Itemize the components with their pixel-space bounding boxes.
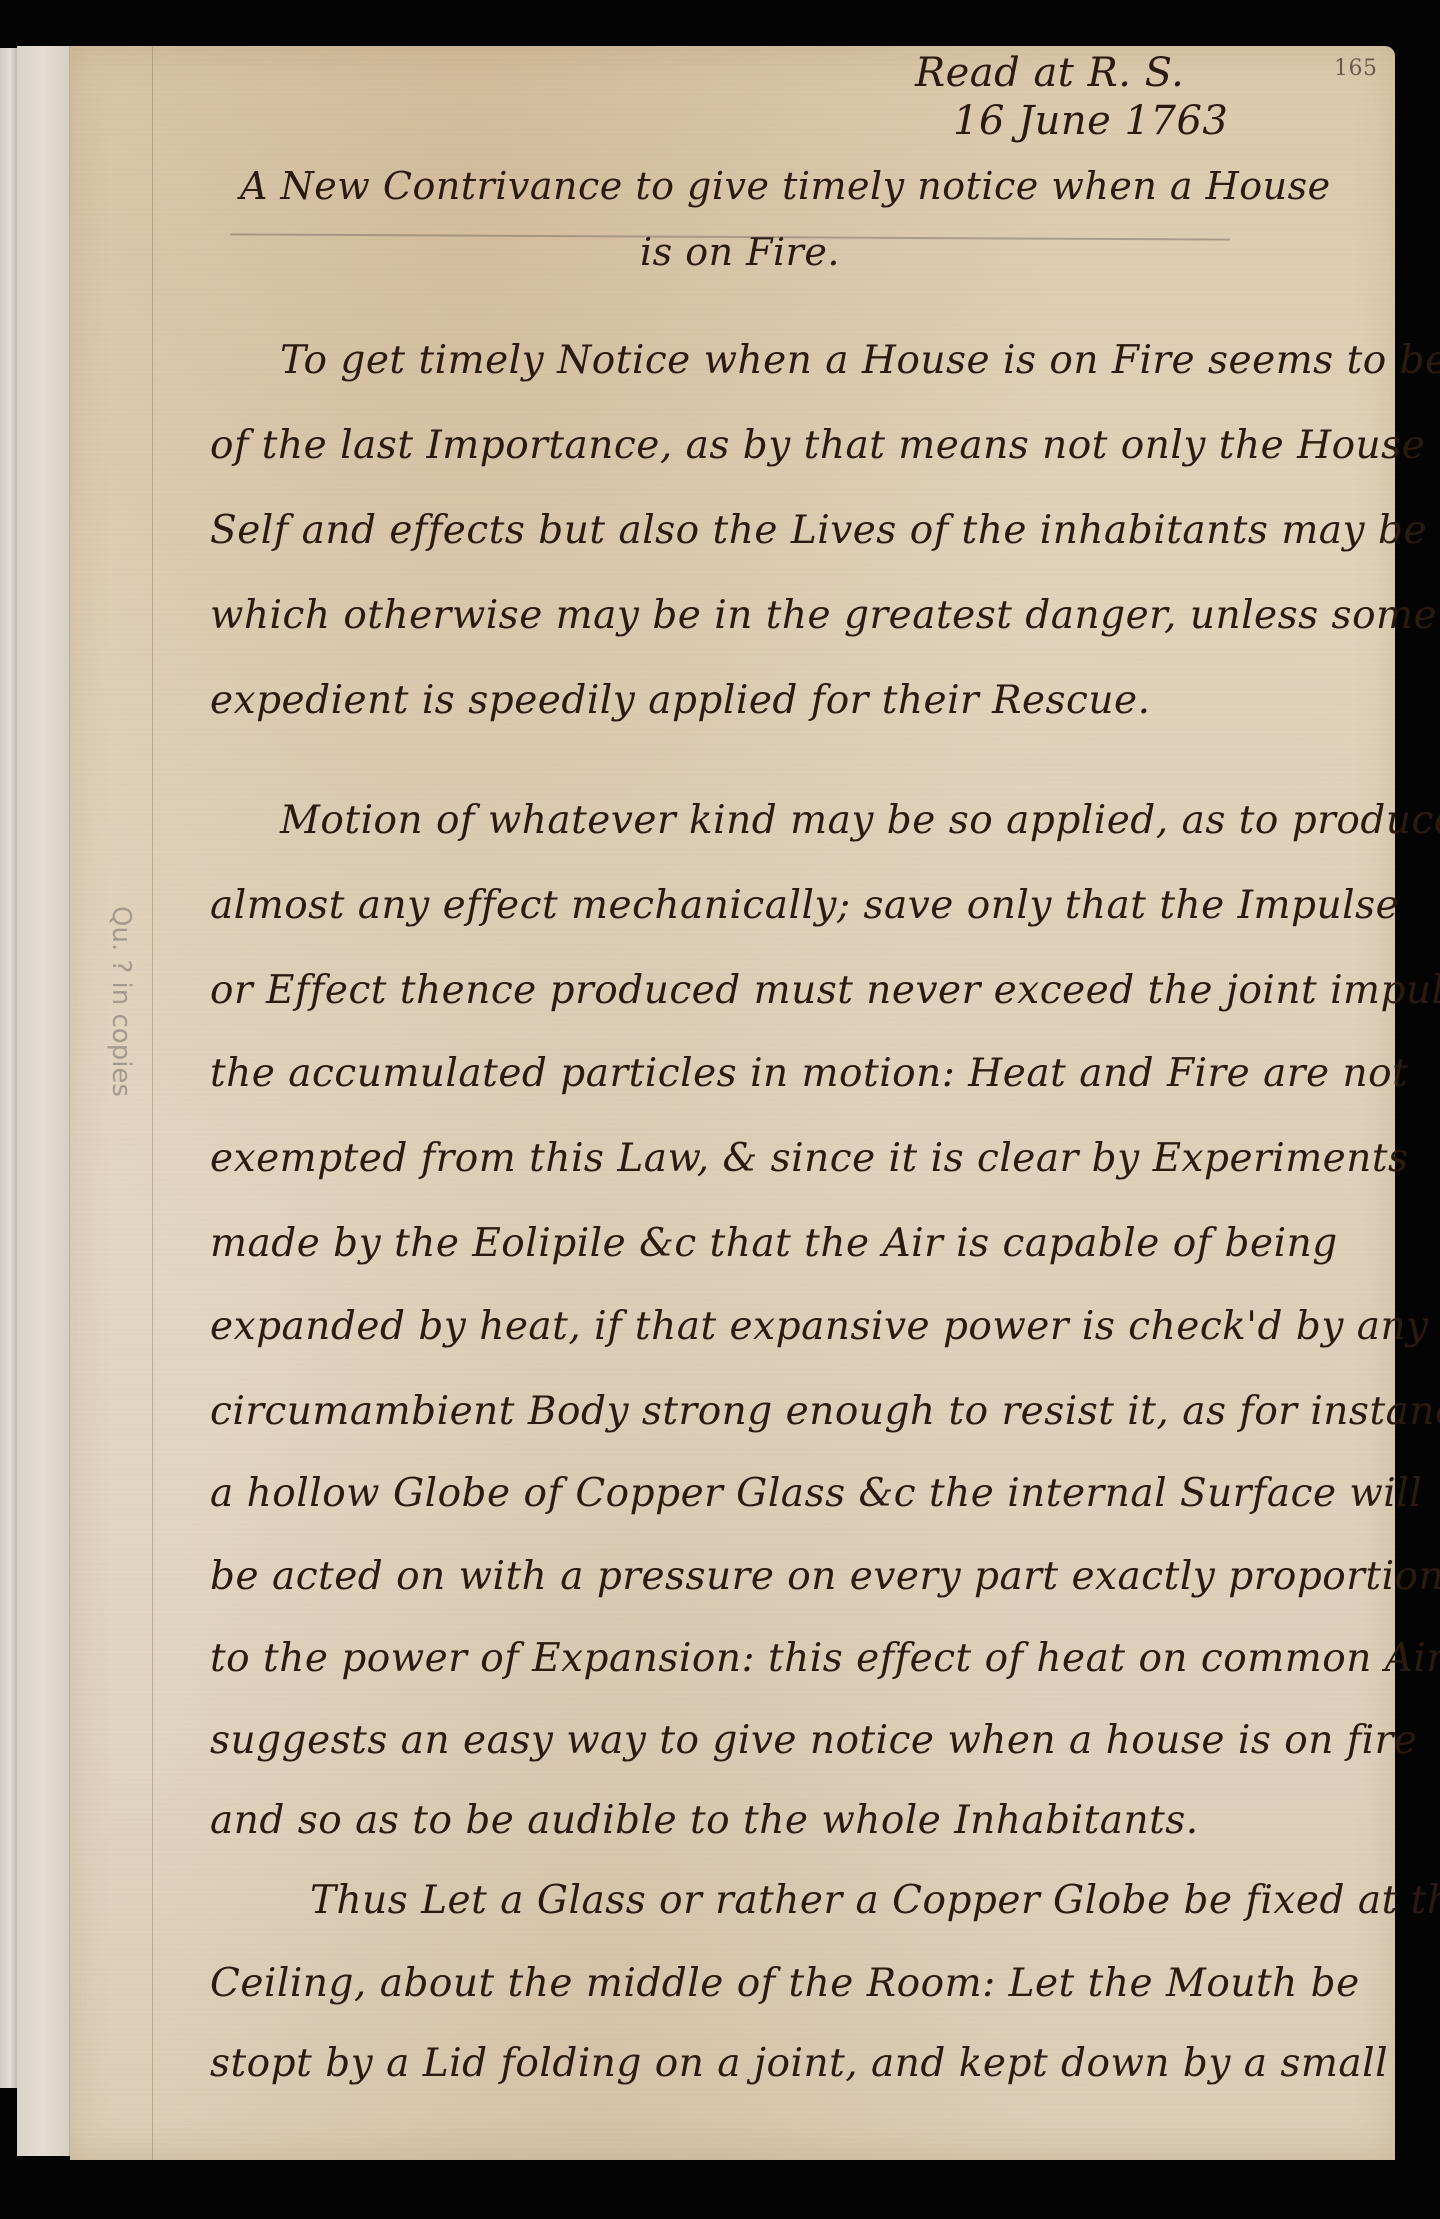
read-at-annotation: Read at R. S.	[915, 50, 1184, 96]
text-line: made by the Eolipile &c that the Air is …	[210, 1221, 1338, 1266]
marginal-pencil-note: Qu. ? in copies	[106, 906, 136, 1097]
text-line: expedient is speedily applied for their …	[210, 678, 1151, 723]
text-line: which otherwise may be in the greatest d…	[210, 593, 1440, 638]
binding-strip-outer	[0, 48, 17, 2088]
folio-number: 165	[1334, 56, 1378, 81]
text-line: Ceiling, about the middle of the Room: L…	[210, 1961, 1360, 2006]
text-line: Self and effects but also the Lives of t…	[210, 508, 1440, 553]
text-line: almost any effect mechanically; save onl…	[210, 883, 1399, 928]
manuscript-page: Read at R. S. 16 June 1763 165 A New Con…	[70, 46, 1395, 2160]
text-line: or Effect thence produced must never exc…	[210, 968, 1440, 1013]
text-line: and so as to be audible to the whole Inh…	[210, 1798, 1199, 1843]
text-line: to the power of Expansion: this effect o…	[210, 1636, 1440, 1681]
text-line: To get timely Notice when a House is on …	[280, 338, 1440, 383]
binding-strip-inner	[17, 46, 70, 2156]
text-line: of the last Importance, as by that means…	[210, 423, 1440, 468]
text-line: circumambient Body strong enough to resi…	[210, 1389, 1440, 1434]
text-line: Thus Let a Glass or rather a Copper Glob…	[310, 1878, 1440, 1923]
text-line: the accumulated particles in motion: Hea…	[210, 1051, 1408, 1096]
text-line: be acted on with a pressure on every par…	[210, 1554, 1440, 1599]
text-line: a hollow Globe of Copper Glass &c the in…	[210, 1471, 1422, 1516]
text-line: exempted from this Law, & since it is cl…	[210, 1136, 1409, 1181]
text-line: suggests an easy way to give notice when…	[210, 1718, 1417, 1763]
title-line: A New Contrivance to give timely notice …	[240, 164, 1331, 208]
date-annotation: 16 June 1763	[953, 98, 1228, 144]
text-line: Motion of whatever kind may be so applie…	[280, 798, 1440, 843]
margin-rule	[152, 46, 153, 2160]
text-line: expanded by heat, if that expansive powe…	[210, 1304, 1429, 1349]
text-line: stopt by a Lid folding on a joint, and k…	[210, 2041, 1388, 2086]
